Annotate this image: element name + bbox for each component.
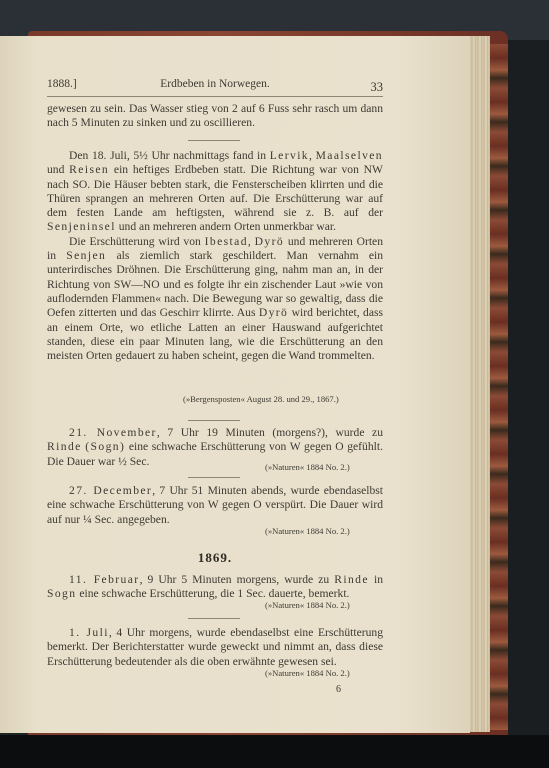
background-bottom [0, 735, 549, 768]
source-citation: (»Naturen« 1884 No. 2.) [265, 668, 350, 678]
background-right [505, 40, 549, 735]
section-year-heading: 1869. [47, 550, 383, 566]
header-title: Erdbeben in Norwegen. [47, 78, 383, 90]
divider [188, 420, 240, 421]
source-citation: (»Naturen« 1884 No. 2.) [265, 600, 350, 610]
paragraph-1: Den 18. Juli, 5½ Uhr nachmittags fand in… [47, 149, 383, 235]
book-page: 1888.] Erdbeben in Norwegen. 33 gewesen … [0, 36, 470, 733]
paragraph-text: 27. December, 7 Uhr 51 Minuten abends, w… [47, 484, 383, 527]
source-citation: (»Bergensposten« August 28. und 29., 186… [183, 394, 339, 404]
entry-1-juli: 1. Juli, 4 Uhr morgens, wurde ebendaselb… [47, 626, 383, 669]
entry-18-juli: Den 18. Juli, 5½ Uhr nachmittags fand in… [47, 149, 383, 363]
divider [188, 618, 240, 619]
source-citation: (»Naturen« 1884 No. 2.) [265, 526, 350, 536]
running-header: 1888.] Erdbeben in Norwegen. 33 [47, 76, 383, 97]
page-number: 33 [371, 80, 384, 95]
book-cover-marbled-edge [488, 44, 508, 730]
paragraph-text: 11. Februar, 9 Uhr 5 Minuten morgens, wu… [47, 573, 383, 602]
entry-11-februar: 11. Februar, 9 Uhr 5 Minuten morgens, wu… [47, 573, 383, 602]
divider [188, 477, 240, 478]
divider [188, 140, 240, 141]
signature-mark: 6 [336, 684, 341, 695]
paragraph-2: Die Erschütterung wird von Ibestad, Dyrö… [47, 235, 383, 364]
paragraph-continuation: gewesen zu sein. Das Wasser stieg von 2 … [47, 102, 383, 131]
entry-27-december: 27. December, 7 Uhr 51 Minuten abends, w… [47, 484, 383, 527]
paragraph-text: gewesen zu sein. Das Wasser stieg von 2 … [47, 102, 383, 131]
paragraph-text: 1. Juli, 4 Uhr morgens, wurde ebendaselb… [47, 626, 383, 669]
source-citation: (»Naturen« 1884 No. 2.) [265, 462, 350, 472]
